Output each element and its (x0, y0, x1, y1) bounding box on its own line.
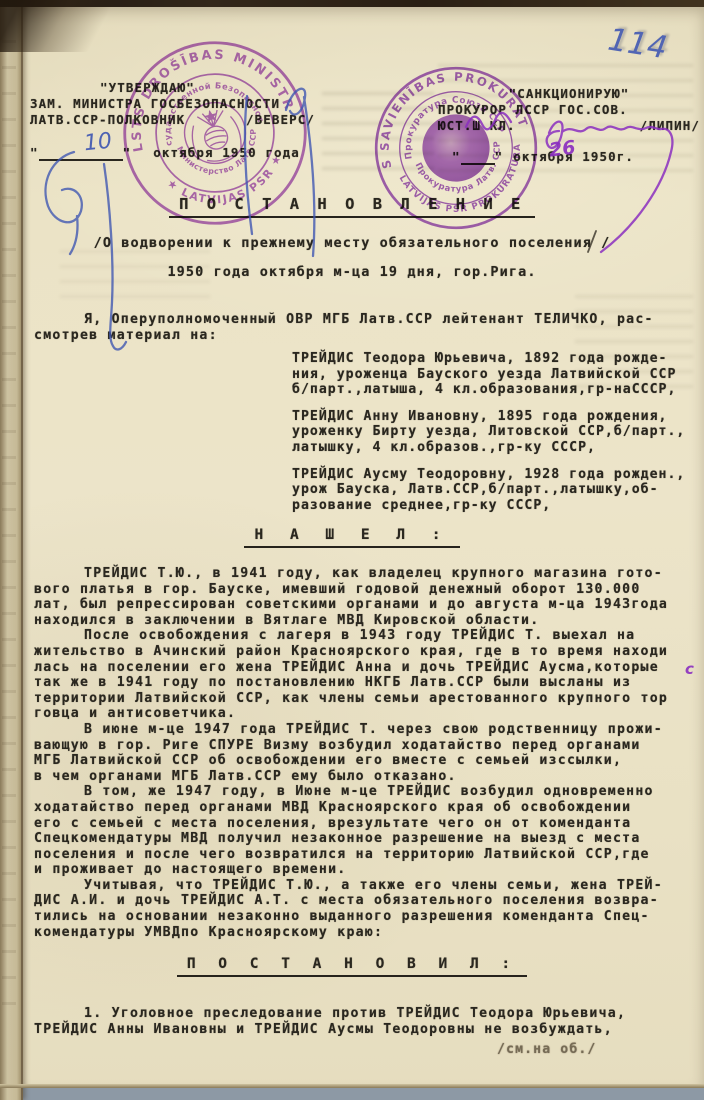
body-line: Спецкомендатуры МВД получил незаконное р… (34, 831, 700, 847)
body-line: жительство в Ачинский район Красноярског… (34, 644, 700, 660)
see-overleaf-note: /см.на об./ (497, 1042, 596, 1057)
body-text: ТРЕЙДИС Т.Ю., в 1941 году, как владелец … (34, 566, 700, 940)
found-heading: Н А Ш Е Л : (244, 527, 459, 548)
adjacent-page-texture (2, 40, 16, 1020)
body-line: ходатайство перед органами МВД Красноярс… (34, 800, 700, 816)
persons-list: ТРЕЙДИС Теодора Юрьевича, 1892 года рожд… (292, 351, 700, 524)
body-line: комендатуры УМВДпо Красноярскому краю: (34, 925, 700, 941)
body-line: лат, был репрессирован советскими органа… (34, 597, 700, 613)
person-line: разование среднее,гр-ку СССР, (292, 498, 700, 514)
person-line: ТРЕЙДИС Теодора Юрьевича, 1892 года рожд… (292, 351, 700, 367)
person-line: ТРЕЙДИС Анну Ивановну, 1895 года рождени… (292, 409, 700, 425)
person-line: урож Бауска, Латв.ССР,б/парт.,латышку,об… (292, 482, 700, 498)
person-line: ния, уроженца Бауского уезда Латвийской … (292, 367, 700, 383)
found-heading-row: Н А Ш Е Л : (0, 524, 704, 543)
paper-bottom-edge (0, 1084, 704, 1088)
body-line: В том, же 1947 году, в Июне м-це ТРЕЙДИС… (34, 784, 700, 800)
resolution-line: 1. Уголовное преследование против ТРЕЙДИ… (34, 1006, 700, 1022)
body-line: ДИС А.И. и дочь ТРЕЙДИС А.Т. с места обя… (34, 893, 700, 909)
subtitle-row: /О водворении к прежнему месту обязатель… (0, 235, 704, 251)
scanned-document-page: "УТВЕРЖДАЮ" ЗАМ. МИНИСТРА ГОСБЕЗОПАСНОСТ… (0, 0, 704, 1100)
bleed-through-text (60, 250, 210, 310)
person-line: ТРЕЙДИС Аусму Теодоровну, 1928 года рожд… (292, 467, 700, 483)
body-line: находился в заключении в Вятлаге МВД Кир… (34, 613, 700, 629)
body-line: и проживает до настоящего времени. (34, 862, 700, 878)
title-row: П О С Т А Н О В Л Е Н И Е (0, 194, 704, 213)
person-line: б/парт.,латыша, 4 кл.образования,гр-наСС… (292, 382, 700, 398)
handwritten-sanction-day: 26 (548, 136, 577, 161)
body-line: говца и антисоветчика. (34, 706, 700, 722)
body-line: Учитывая, что ТРЕЙДИС Т.Ю., а также его … (34, 878, 700, 894)
resolution-line: ТРЕЙДИС Анны Ивановны и ТРЕЙДИС Аусмы Те… (34, 1022, 700, 1038)
intro-line: смотрев материал на: (34, 328, 696, 344)
body-line: тились на основании незаконно выданного … (34, 909, 700, 925)
body-line: лась на поселении его жена ТРЕЙДИС Анна … (34, 660, 700, 676)
quote-mark: " (30, 145, 39, 161)
handwritten-margin-insert: с (685, 660, 694, 678)
body-line: МГБ Латвийской ССР об освобождении его в… (34, 753, 700, 769)
resolved-heading: П О С Т А Н О В И Л : (177, 956, 527, 977)
body-line: в чем органами МГБ Латв.ССР ему было отк… (34, 769, 700, 785)
person-entry: ТРЕЙДИС Анну Ивановну, 1895 года рождени… (292, 409, 700, 456)
body-line: вающую в гор. Риге СПУРЕ Визму возбудил … (34, 738, 700, 754)
body-line: В июне м-це 1947 года ТРЕЙДИС Т. через с… (34, 722, 700, 738)
body-line: После освобождения с лагеря в 1943 году … (34, 628, 700, 644)
intro-paragraph: Я, Оперуполномоченный ОВР МГБ Латв.ССР л… (34, 312, 696, 343)
body-line: вого платья в гор. Бауске, имевший годов… (34, 582, 700, 598)
sanction-signatory-name: /ЛИПИН/ (640, 118, 700, 134)
dateline-row: 1950 года октября м-ца 19 дня, гор.Рига. (0, 261, 704, 280)
body-line: ТРЕЙДИС Т.Ю., в 1941 году, как владелец … (34, 566, 700, 582)
handwritten-approval-day: 10 (83, 129, 113, 157)
person-line: латышку, 4 кл.образов.,гр-ку СССР, (292, 440, 700, 456)
person-line: уроженку Бирту уезда, Литовской ССР,б/па… (292, 424, 700, 440)
body-line: его с семьей с места поселения, врезульт… (34, 816, 700, 832)
body-line: территории Латвийской ССР, как члены сем… (34, 691, 700, 707)
body-line: поселения и после чего возвратился на те… (34, 847, 700, 863)
resolution-text: 1. Уголовное преследование против ТРЕЙДИ… (34, 1006, 700, 1037)
intro-line: Я, Оперуполномоченный ОВР МГБ Латв.ССР л… (34, 312, 696, 328)
body-line: так же в 1941 году по постановлению НКГБ… (34, 675, 700, 691)
document-dateline: 1950 года октября м-ца 19 дня, гор.Рига. (167, 264, 536, 280)
corner-shadow (0, 0, 150, 52)
resolved-heading-row: П О С Т А Н О В И Л : (0, 953, 704, 972)
person-entry: ТРЕЙДИС Аусму Теодоровну, 1928 года рожд… (292, 467, 700, 514)
person-entry: ТРЕЙДИС Теодора Юрьевича, 1892 года рожд… (292, 351, 700, 398)
